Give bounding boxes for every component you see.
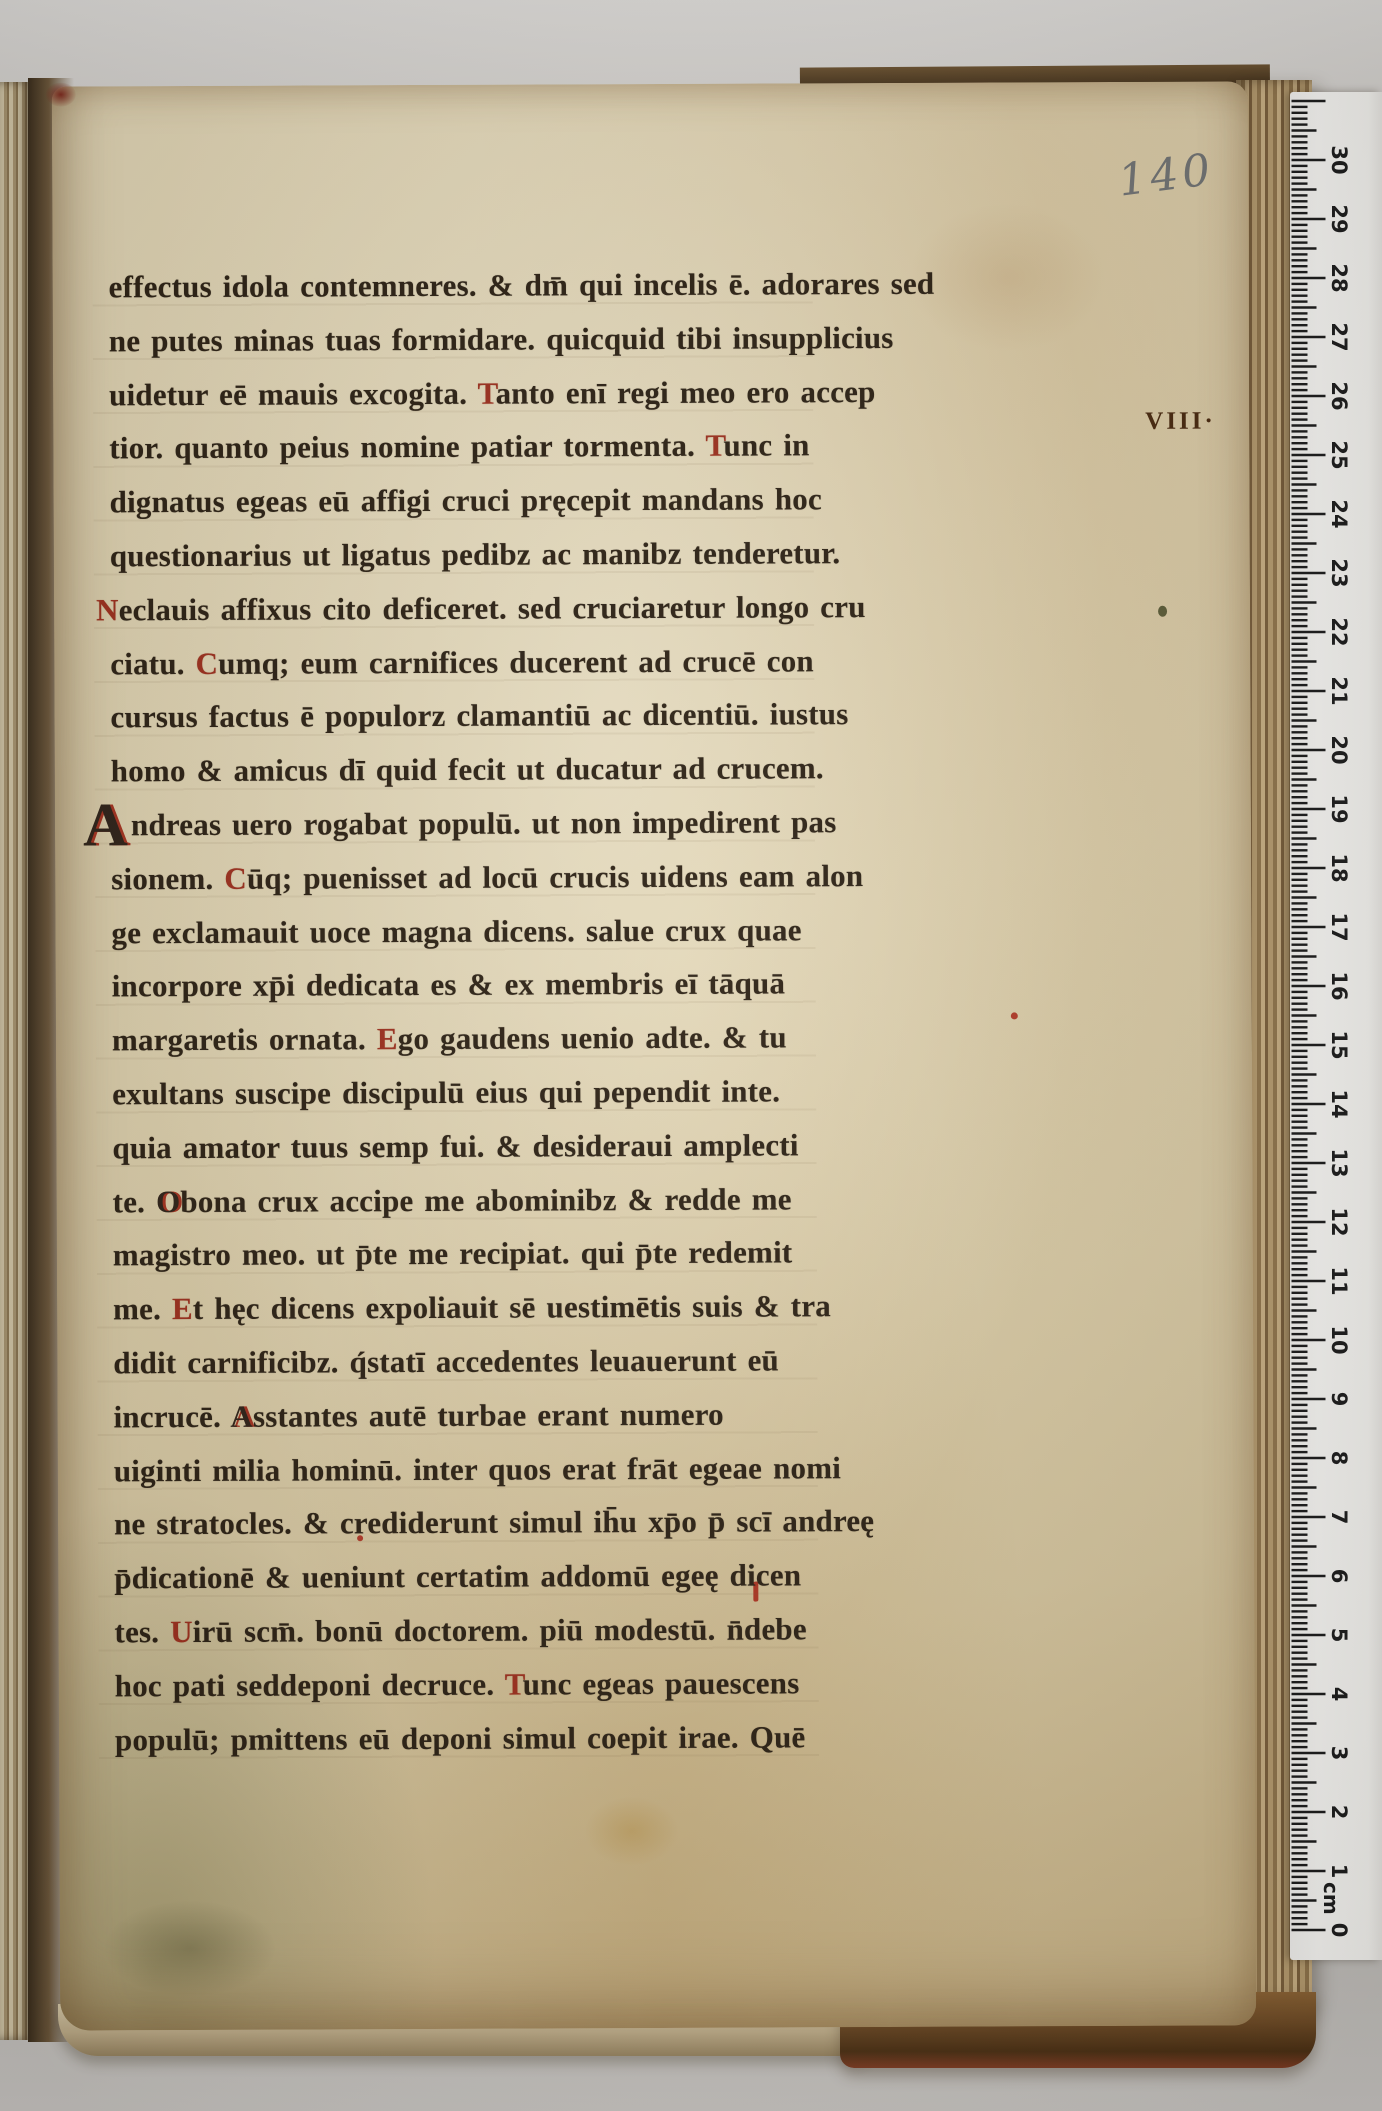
manuscript-text: tior. quanto peius nomine patiar torment… (109, 428, 705, 466)
ruler-number: 5 (1327, 1620, 1351, 1650)
manuscript-text: cursus factus ē populorz clamantiū ac di… (110, 697, 848, 735)
manuscript-text: ne stratocles. & crediderunt simul ih̄u … (114, 1503, 874, 1541)
rubric-initial: A (230, 1398, 253, 1433)
manuscript-line: populū; pmittens eū deponi simul coepit … (99, 1710, 819, 1767)
manuscript-text: effectus idola contemneres. & dm̄ qui in… (109, 266, 935, 305)
manuscript-text: umq; eum carnifices ducerent ad crucē co… (218, 643, 814, 681)
manuscript-text: anto enī regi meo ero accep (495, 374, 875, 411)
ruler-number: 9 (1327, 1384, 1351, 1414)
ruler-number: 22 (1327, 617, 1351, 647)
manuscript-text: dignatus egeas eū affigi cruci pręcepit … (110, 481, 822, 519)
manuscript-text: me. (113, 1291, 172, 1326)
rubric-initial: C (196, 645, 219, 680)
ruler-number: 18 (1327, 853, 1351, 883)
manuscript-text: tes. (114, 1614, 170, 1649)
ruler-number: 0 (1327, 1915, 1351, 1945)
manuscript-text: ge exclamauit uoce magna dicens. salue c… (111, 912, 801, 950)
manuscript-text: irū scm̄. bonū doctorem. piū modestū. n̄… (193, 1611, 807, 1649)
rubric-initial: T (505, 1666, 523, 1701)
ruler-number: 1 (1327, 1856, 1351, 1886)
ruler-number: 14 (1327, 1089, 1351, 1119)
ruler-number: 29 (1327, 204, 1351, 234)
manuscript-text: uidetur eē mauis excogita. (109, 375, 478, 412)
ruler-number: 26 (1327, 381, 1351, 411)
manuscript-text: hoc pati seddeponi decruce. (115, 1666, 505, 1703)
manuscript-text: sionem. (111, 861, 224, 896)
manuscript-line: uidetur eē mauis excogita. Tanto enī reg… (93, 365, 813, 422)
manuscript-text: ndreas uero rogabat populū. ut non imped… (131, 804, 837, 842)
manuscript-text: sstantes autē turbae erant numero (253, 1396, 724, 1433)
quire-signature: VIII· (1145, 408, 1216, 436)
manuscript-line: ne stratocles. & crediderunt simul ih̄u … (98, 1495, 818, 1552)
ruler-number: 24 (1327, 499, 1351, 529)
manuscript-text: quia amator tuus semp fui. & desideraui … (112, 1127, 798, 1165)
manuscript-line: cursus factus ē populorz clamantiū ac di… (94, 688, 814, 745)
rubric-initial: T (705, 428, 723, 463)
manuscript-text: ciatu. (110, 646, 195, 681)
ruler-number: 19 (1327, 794, 1351, 824)
manuscript-line: sionem. Cūq; puenisset ad locū crucis ui… (95, 849, 815, 906)
manuscript-text: magistro meo. ut p̄te me recipiat. qui p… (113, 1235, 793, 1273)
ruler-number: 23 (1327, 558, 1351, 588)
manuscript-line: me. Et hęc dicens expoliauit sē uestimēt… (97, 1279, 817, 1336)
ruler-number: 3 (1327, 1738, 1351, 1768)
manuscript-line: magistro meo. ut p̄te me recipiat. qui p… (97, 1226, 817, 1283)
ruler-number: 7 (1327, 1502, 1351, 1532)
ruler-number: 21 (1327, 676, 1351, 706)
rubric-initial: N (96, 592, 119, 627)
manuscript-line: tior. quanto peius nomine patiar torment… (93, 419, 813, 476)
manuscript-page: 140 VIII· effectus idola contemneres. & … (52, 81, 1256, 2030)
ruler-number: 16 (1327, 971, 1351, 1001)
ruler-number: 2 (1327, 1797, 1351, 1827)
manuscript-text: populū; pmittens eū deponi simul coepit … (115, 1719, 806, 1757)
manuscript-line: incorpore xp̄i dedicata es & ex membris … (96, 957, 816, 1014)
manuscript-line: tes. Uirū scm̄. bonū doctorem. piū modes… (98, 1602, 818, 1659)
ink-speck (1158, 606, 1167, 617)
ruler-unit-label: cm (1319, 1882, 1343, 1912)
red-ink-speck (1011, 1012, 1018, 1019)
manuscript-text: margaretis ornata. (112, 1021, 377, 1057)
ruler-number: 6 (1327, 1561, 1351, 1591)
ruler-number: 17 (1327, 912, 1351, 942)
manuscript-photo: 140 VIII· effectus idola contemneres. & … (0, 0, 1382, 2111)
ruler-number: 27 (1327, 322, 1351, 352)
manuscript-line: incrucē. Asstantes autē turbae erant num… (97, 1387, 817, 1444)
rubric-initial: C (224, 861, 247, 896)
manuscript-line: p̄dicationē & ueniunt certatim addomū eg… (98, 1548, 818, 1605)
manuscript-text: unc in (723, 428, 809, 463)
manuscript-text: bona crux accipe me abominibz & redde me (180, 1181, 791, 1219)
ruler-number: 13 (1327, 1148, 1351, 1178)
rubric-initial: O (156, 1184, 180, 1219)
manuscript-text: eclauis affixus cito deficeret. sed cruc… (119, 589, 866, 627)
ruler-number: 25 (1327, 440, 1351, 470)
manuscript-text: exultans suscipe discipulū eius qui pepe… (112, 1073, 780, 1111)
ruler: cm 3029282726252423222120191817161514131… (1290, 92, 1382, 1960)
manuscript-line: ciatu. Cumq; eum carnifices ducerent ad … (94, 634, 814, 691)
manuscript-text: didit carnificibz. q́statī accedentes le… (113, 1342, 779, 1380)
manuscript-line: exultans suscipe discipulū eius qui pepe… (96, 1064, 816, 1121)
text-block: effectus idola contemneres. & dm̄ qui in… (93, 257, 820, 1766)
manuscript-text: t hęc dicens expoliauit sē uestimētis su… (193, 1288, 831, 1326)
rubric-initial: U (170, 1614, 193, 1649)
ruler-number: 15 (1327, 1030, 1351, 1060)
manuscript-line: ne putes minas tuas formidare. quicquid … (93, 311, 813, 368)
manuscript-text: te. (113, 1184, 157, 1219)
ruler-number: 20 (1327, 735, 1351, 765)
manuscript-text: uiginti milia hominū. inter quos erat fr… (114, 1450, 841, 1488)
manuscript-text: incrucē. (113, 1399, 230, 1435)
rubric-initial: T (477, 375, 495, 410)
manuscript-line: uiginti milia hominū. inter quos erat fr… (98, 1441, 818, 1498)
manuscript-line: effectus idola contemneres. & dm̄ qui in… (93, 257, 813, 314)
manuscript-line: dignatus egeas eū affigi cruci pręcepit … (93, 472, 813, 529)
manuscript-line: Neclauis affixus cito deficeret. sed cru… (94, 580, 814, 637)
ruler-number: 11 (1327, 1266, 1351, 1296)
manuscript-line: questionarius ut ligatus pedibz ac manib… (94, 526, 814, 583)
ruler-number: 28 (1327, 263, 1351, 293)
ruler-number: 12 (1327, 1207, 1351, 1237)
manuscript-text: ūq; puenisset ad locū crucis uidens eam … (247, 858, 863, 896)
rubric-initial: A (83, 791, 128, 859)
manuscript-line: margaretis ornata. Ego gaudens uenio adt… (96, 1010, 816, 1067)
ruler-number: 4 (1327, 1679, 1351, 1709)
manuscript-line: homo & amicus dī quid fecit ut ducatur a… (95, 741, 815, 798)
manuscript-line: hoc pati seddeponi decruce. Tunc egeas p… (99, 1656, 819, 1713)
manuscript-line: te. Obona crux accipe me abominibz & red… (97, 1172, 817, 1229)
parchment-stain (584, 1796, 679, 1866)
manuscript-text: go gaudens uenio adte. & tu (398, 1020, 787, 1057)
manuscript-text: p̄dicationē & ueniunt certatim addomū eg… (114, 1557, 801, 1595)
corner-stain (46, 83, 76, 107)
manuscript-text: incorpore xp̄i dedicata es & ex membris … (112, 966, 786, 1004)
manuscript-line: Andreas uero rogabat populū. ut non impe… (83, 795, 815, 852)
manuscript-line: didit carnificibz. q́statī accedentes le… (97, 1333, 817, 1390)
rubric-initial: E (172, 1291, 193, 1326)
ruler-number: 30 (1327, 145, 1351, 175)
ruler-number: 8 (1327, 1443, 1351, 1473)
parchment-stain (105, 1901, 275, 1997)
manuscript-text: ne putes minas tuas formidare. quicquid … (109, 320, 894, 358)
manuscript-text: homo & amicus dī quid fecit ut ducatur a… (111, 750, 824, 788)
folio-number: 140 (1115, 140, 1250, 207)
manuscript-text: questionarius ut ligatus pedibz ac manib… (110, 535, 841, 573)
manuscript-line: ge exclamauit uoce magna dicens. salue c… (95, 903, 815, 960)
manuscript-text: unc egeas pauescens (523, 1665, 800, 1701)
parchment-stain (907, 202, 1108, 353)
manuscript-line: quia amator tuus semp fui. & desideraui … (96, 1118, 816, 1175)
ruler-number: 10 (1327, 1325, 1351, 1355)
rubric-initial: E (377, 1021, 398, 1056)
